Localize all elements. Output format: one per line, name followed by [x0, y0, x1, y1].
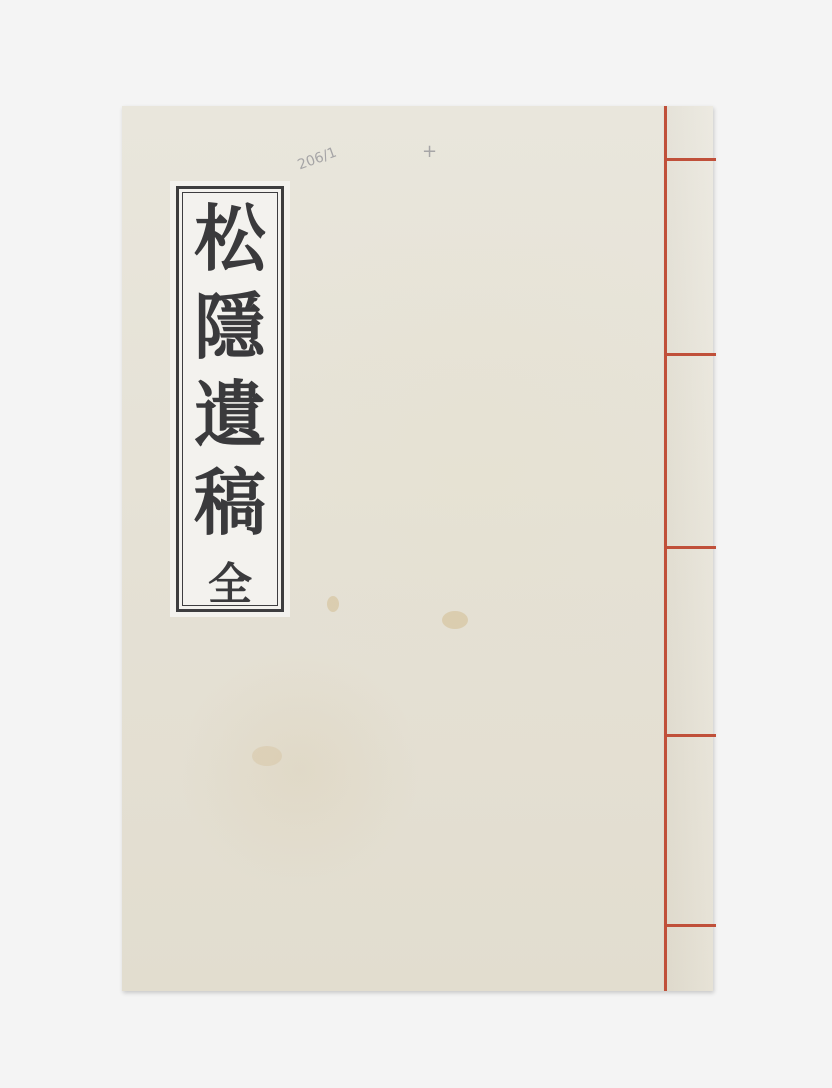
- binding-stitch-3: [664, 546, 716, 549]
- title-char-4: 稿: [194, 459, 266, 547]
- binding-stitch-4: [664, 734, 716, 737]
- title-char-2: 隱: [194, 283, 266, 371]
- book-cover: 206/1 + 松 隱 遺 稿 全: [122, 106, 713, 991]
- binding-stitch-5: [664, 924, 716, 927]
- foxing-stain: [327, 596, 339, 612]
- foxing-stain: [252, 746, 282, 766]
- title-complete-mark: 全: [208, 555, 252, 615]
- title-char-1: 松: [194, 195, 266, 283]
- pencil-cross-mark: +: [422, 141, 437, 162]
- title-slip: 松 隱 遺 稿 全: [170, 181, 290, 617]
- foxing-stain: [442, 611, 468, 629]
- title-text: 松 隱 遺 稿 全: [170, 195, 290, 615]
- title-char-3: 遺: [194, 371, 266, 459]
- pencil-inventory-mark: 206/1: [295, 145, 338, 174]
- binding-stitch-2: [664, 353, 716, 356]
- binding-stitch-1: [664, 158, 716, 161]
